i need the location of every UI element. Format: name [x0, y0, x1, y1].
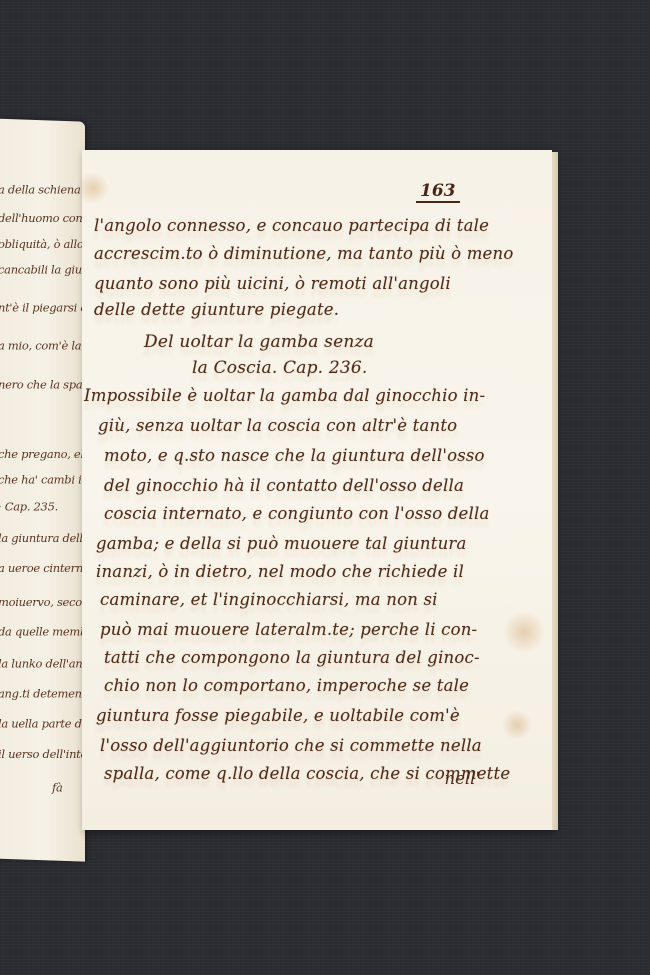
left-page-line: cancabili la giuntura	[0, 263, 85, 277]
left-page-line: la lunko dell'angolo	[0, 657, 85, 671]
manuscript-line: può mai muouere lateralm.te; perche li c…	[100, 620, 477, 639]
manuscript-line: inanzi, ò in dietro, nel modo che richie…	[96, 562, 464, 581]
left-page-line: moiuervo, secondo la gia	[0, 595, 85, 609]
manuscript-line: gamba; e della si può muouere tal giuntu…	[96, 534, 467, 553]
left-page-line: che ha' cambi in ucrii	[0, 473, 85, 487]
left-page-line: il uerso dell'intergnida	[0, 747, 85, 761]
left-page-line: a ueroe cinterno e dimi	[0, 561, 85, 575]
page-number: 163	[416, 182, 460, 203]
left-page-line: che pregano, ella rifrin	[0, 447, 85, 461]
right-page: 163 l'angolo connesso, e concauo parteci…	[82, 150, 552, 830]
manuscript-line: l'angolo connesso, e concauo partecipa d…	[94, 216, 489, 235]
manuscript-line: giuntura fosse piegabile, e uoltabile co…	[96, 706, 460, 725]
manuscript-line: chio non lo comportano, imperoche se tal…	[104, 676, 469, 695]
manuscript-line: del ginocchio hà il contatto dell'osso d…	[104, 476, 464, 495]
catchword: nell'	[445, 769, 480, 788]
left-page-line: ang.ti detemendo gei	[0, 687, 85, 701]
manuscript-line: accrescim.to ò diminutione, ma tanto più…	[94, 244, 513, 263]
manuscript-line: tatti che compongono la giuntura del gin…	[104, 648, 480, 667]
left-page-line: a mio, com'è lauera	[0, 339, 85, 353]
manuscript-line: quanto sono più uicini, ò remoti all'ang…	[94, 274, 451, 293]
manuscript-line: giù, senza uoltar la coscia con altr'è t…	[98, 416, 457, 435]
chapter-heading-line: la Coscia. Cap. 236.	[192, 358, 368, 378]
left-page-line: nt'è il piegarsi con ua	[0, 301, 85, 315]
left-page-line: la giuntura dell'osso al	[0, 531, 85, 545]
manuscript-line: Impossibile è uoltar la gamba dal ginocc…	[84, 386, 485, 405]
foxing-stain	[502, 610, 546, 654]
chapter-heading-line: Del uoltar la gamba senza	[144, 332, 374, 352]
left-page-line: nero che la spalla, et a cosa	[0, 377, 85, 391]
manuscript-line: coscia internato, e congiunto con l'osso…	[104, 504, 490, 523]
left-page-line: da quelle membri co	[0, 625, 85, 639]
left-page-line: obliquità, ò allo pirapa	[0, 237, 85, 251]
manuscript-line: caminare, et l'inginocchiarsi, ma non si	[100, 590, 438, 609]
left-page-fragment: a della schiena adalla dell'huomo con la…	[0, 118, 85, 861]
left-page-line: fà	[52, 781, 63, 795]
foxing-stain	[78, 170, 108, 206]
manuscript-line: delle dette giunture piegate.	[94, 300, 339, 319]
manuscript-line: l'osso dell'aggiuntorio che si commette …	[100, 736, 482, 755]
foxing-stain	[502, 710, 532, 740]
manuscript-line: moto, e q.sto nasce che la giuntura dell…	[104, 446, 485, 465]
left-page-line: la uella parte di fara	[0, 717, 85, 731]
left-page-line: dell'huomo con la gamba	[0, 211, 85, 225]
left-page-line: a della schiena adalla	[0, 183, 85, 197]
left-page-line: · Cap. 235.	[0, 500, 58, 514]
